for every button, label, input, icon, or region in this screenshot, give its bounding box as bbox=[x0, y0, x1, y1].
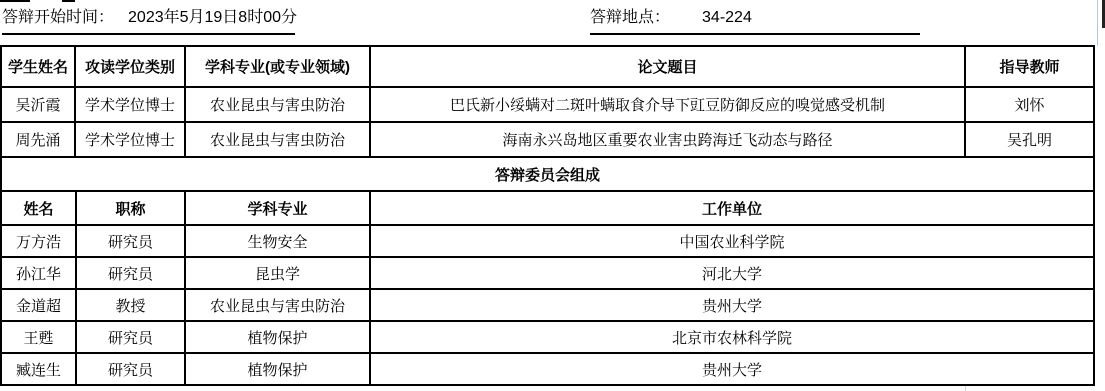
spreadsheet-gridline bbox=[1097, 0, 1098, 46]
student-name: 吴沂霞 bbox=[2, 88, 76, 123]
committee-section-row: 答辩委员会组成 bbox=[2, 158, 1095, 192]
student-row: 周先涌 学术学位博士 农业昆虫与害虫防治 海南永兴岛地区重要农业害虫跨海迁飞动态… bbox=[2, 123, 1095, 158]
committee-row: 孙江华 研究员 昆虫学 河北大学 bbox=[2, 258, 1095, 290]
committee-row: 金道超 教授 农业昆虫与害虫防治 贵州大学 bbox=[2, 290, 1095, 322]
spreadsheet-gridline bbox=[965, 386, 966, 391]
member-title: 研究员 bbox=[77, 258, 186, 290]
students-header-row: 学生姓名 攻读学位类别 学科专业(或专业领域) 论文题目 指导教师 bbox=[2, 47, 1095, 88]
member-organization: 北京市农林科学院 bbox=[371, 322, 1095, 354]
member-organization: 贵州大学 bbox=[371, 290, 1095, 322]
committee-header-row: 姓名 职称 学科专业 工作单位 bbox=[2, 192, 1095, 226]
header-member-organization: 工作单位 bbox=[371, 192, 1095, 226]
student-major: 农业昆虫与害虫防治 bbox=[186, 88, 371, 123]
member-name: 王甦 bbox=[2, 322, 77, 354]
student-thesis-title: 海南永兴岛地区重要农业害虫跨海迁飞动态与路径 bbox=[371, 123, 966, 158]
student-name: 周先涌 bbox=[2, 123, 76, 158]
member-name: 金道超 bbox=[2, 290, 77, 322]
committee-row: 万方浩 研究员 生物安全 中国农业科学院 bbox=[2, 226, 1095, 258]
defense-start-time-value: 2023年5月19日8时00分 bbox=[128, 7, 297, 29]
committee-row: 臧连生 研究员 植物保护 贵州大学 bbox=[2, 354, 1095, 386]
committee-row: 王甦 研究员 植物保护 北京市农林科学院 bbox=[2, 322, 1095, 354]
student-degree-type: 学术学位博士 bbox=[76, 88, 186, 123]
student-supervisor: 刘怀 bbox=[966, 88, 1095, 123]
member-major: 农业昆虫与害虫防治 bbox=[186, 290, 371, 322]
header-member-major: 学科专业 bbox=[186, 192, 371, 226]
member-title: 研究员 bbox=[77, 226, 186, 258]
member-organization: 河北大学 bbox=[371, 258, 1095, 290]
defense-location-value: 34-224 bbox=[702, 7, 752, 29]
member-name: 万方浩 bbox=[2, 226, 77, 258]
member-major: 生物安全 bbox=[186, 226, 371, 258]
header-thesis-title: 论文题目 bbox=[371, 47, 966, 88]
member-name: 孙江华 bbox=[2, 258, 77, 290]
member-major: 植物保护 bbox=[186, 354, 371, 386]
student-major: 农业昆虫与害虫防治 bbox=[186, 123, 371, 158]
cropped-edge-artifact bbox=[0, 0, 30, 2]
header-supervisor: 指导教师 bbox=[966, 47, 1095, 88]
member-title: 研究员 bbox=[77, 322, 186, 354]
student-supervisor: 吴孔明 bbox=[966, 123, 1095, 158]
cropped-edge-artifact bbox=[62, 0, 75, 2]
student-row: 吴沂霞 学术学位博士 农业昆虫与害虫防治 巴氏新小绥螨对二斑叶螨取食介导下豇豆防… bbox=[2, 88, 1095, 123]
member-major: 昆虫学 bbox=[186, 258, 371, 290]
top-info-bar: 答辩开始时间：2023年5月19日8时00分 答辩地点：34-224 bbox=[0, 0, 1105, 45]
header-major: 学科专业(或专业领域) bbox=[186, 47, 371, 88]
defense-start-time-label: 答辩开始时间： bbox=[2, 9, 114, 26]
defense-start-time-field: 答辩开始时间：2023年5月19日8时00分 bbox=[2, 7, 295, 35]
defense-schedule-sheet: 答辩开始时间：2023年5月19日8时00分 答辩地点：34-224 学生姓名 … bbox=[0, 0, 1105, 391]
student-degree-type: 学术学位博士 bbox=[76, 123, 186, 158]
member-title: 研究员 bbox=[77, 354, 186, 386]
committee-section-title: 答辩委员会组成 bbox=[2, 158, 1095, 192]
member-name: 臧连生 bbox=[2, 354, 77, 386]
defense-table: 学生姓名 攻读学位类别 学科专业(或专业领域) 论文题目 指导教师 吴沂霞 学术… bbox=[0, 45, 1095, 386]
header-member-title: 职称 bbox=[77, 192, 186, 226]
header-member-name: 姓名 bbox=[2, 192, 77, 226]
header-degree-type: 攻读学位类别 bbox=[76, 47, 186, 88]
header-student-name: 学生姓名 bbox=[2, 47, 76, 88]
member-major: 植物保护 bbox=[186, 322, 371, 354]
member-organization: 贵州大学 bbox=[371, 354, 1095, 386]
member-organization: 中国农业科学院 bbox=[371, 226, 1095, 258]
defense-location-label: 答辩地点： bbox=[590, 9, 670, 26]
defense-location-field: 答辩地点：34-224 bbox=[590, 7, 920, 35]
student-thesis-title: 巴氏新小绥螨对二斑叶螨取食介导下豇豆防御反应的嗅觉感受机制 bbox=[371, 88, 966, 123]
member-title: 教授 bbox=[77, 290, 186, 322]
